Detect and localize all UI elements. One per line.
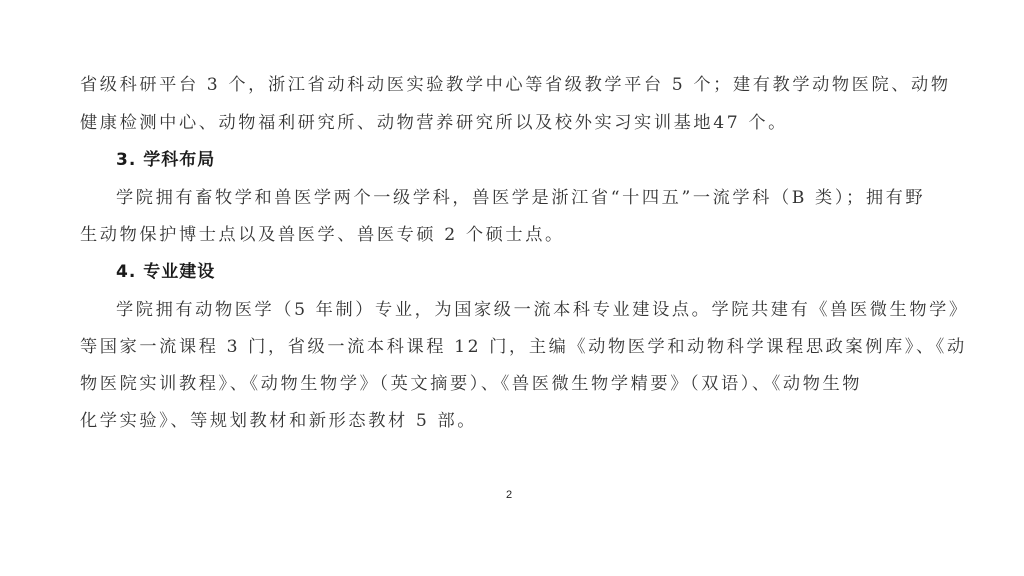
section-3-heading: 3. 学科布局	[116, 148, 215, 172]
paragraph-1-line-1: 省级科研平台 3 个，浙江省动科动医实验教学中心等省级教学平台 5 个；建有教学…	[80, 73, 960, 97]
section-3-line-2: 生动物保护博士点以及兽医学、兽医专硕 2 个硕士点。	[80, 223, 960, 247]
page-number: 2	[506, 489, 512, 501]
paragraph-1-line-2: 健康检测中心、动物福利研究所、动物营养研究所以及校外实习实训基地47 个。	[80, 111, 960, 135]
section-3-line-1: 学院拥有畜牧学和兽医学两个一级学科，兽医学是浙江省“十四五”一流学科（B 类）；…	[116, 186, 960, 210]
document-page: 省级科研平台 3 个，浙江省动科动医实验教学中心等省级教学平台 5 个；建有教学…	[0, 0, 1024, 576]
section-4-line-4: 化学实验》、等规划教材和新形态教材 5 部。	[80, 409, 960, 433]
section-4-line-3: 物医院实训教程》、《动物生物学》（英文摘要）、《兽医微生物学精要》（双语）、《动…	[80, 372, 960, 396]
section-4-heading: 4. 专业建设	[116, 260, 215, 284]
section-4-line-2: 等国家一流课程 3 门，省级一流本科课程 12 门，主编《动物医学和动物科学课程…	[80, 335, 960, 359]
section-4-line-1: 学院拥有动物医学（5 年制）专业，为国家级一流本科专业建设点。学院共建有《兽医微…	[116, 298, 960, 322]
